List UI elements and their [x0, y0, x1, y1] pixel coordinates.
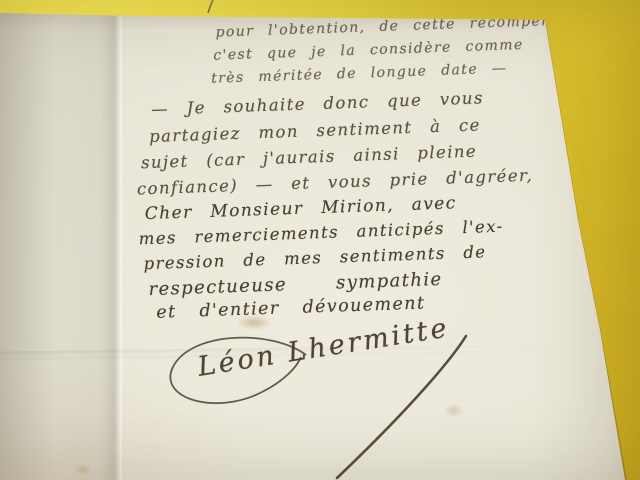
foxing-stain [74, 464, 92, 475]
folder-ink-mark [208, 0, 213, 13]
handwriting-line-7: confiance) — et vous prie d'agréer, [137, 166, 534, 199]
letter-paper: pour l'obtention, de cette récompense c'… [0, 0, 640, 480]
handwriting-line-6: sujet (car j'aurais ainsi pleine [141, 142, 478, 173]
handwriting-line-5: partagiez mon sentiment à ce [149, 115, 481, 146]
handwritten-text-block: pour l'obtention, de cette récompense c'… [118, 2, 599, 348]
handwriting-line-4: — Je souhaite donc que vous [151, 88, 484, 119]
handwriting-line-2: c'est que je la considère comme [213, 37, 524, 64]
handwriting-line-3: très méritée de longue date — [211, 60, 508, 86]
letter-photograph: pour l'obtention, de cette récompense c'… [0, 0, 640, 480]
foxing-stain [444, 404, 464, 417]
fold-crease-left-page [0, 0, 122, 480]
